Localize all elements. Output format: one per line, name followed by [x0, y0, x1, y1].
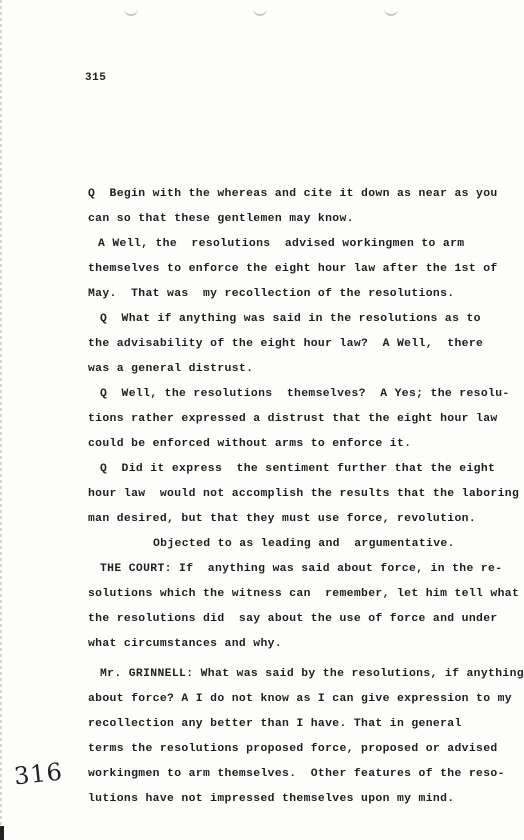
transcript-line: workingmen to arm themselves. Other feat… [88, 767, 505, 781]
transcript-line: tions rather expressed a distrust that t… [88, 412, 498, 426]
document-page: 315 Q Begin with the whereas and cite it… [0, 0, 524, 840]
transcript-line: what circumstances and why. [88, 637, 282, 651]
transcript-line: Q Begin with the whereas and cite it dow… [88, 187, 498, 201]
scan-edge [0, 0, 2, 840]
punch-hole-mark [253, 2, 267, 16]
transcript-line: was a general distrust. [88, 362, 253, 376]
transcript-line: Objected to as leading and argumentative… [153, 537, 455, 551]
transcript-line: man desired, but that they must use forc… [88, 512, 476, 526]
transcript-line: can so that these gentlemen may know. [88, 212, 354, 226]
transcript-line: the advisability of the eight hour law? … [88, 337, 483, 351]
scan-edge-mark [0, 826, 4, 840]
transcript-line: Q Did it express the sentiment further t… [100, 462, 495, 476]
transcript-line: THE COURT: If anything was said about fo… [100, 562, 502, 576]
transcript-line: hour law would not accomplish the result… [88, 487, 519, 501]
transcript-line: about force? A I do not know as I can gi… [88, 692, 512, 706]
transcript-line: terms the resolutions proposed force, pr… [88, 742, 498, 756]
transcript-line: themselves to enforce the eight hour law… [88, 262, 498, 276]
transcript-line: Mr. GRINNELL: What was said by the resol… [100, 667, 524, 681]
punch-hole-mark [384, 2, 398, 16]
transcript-line: recollection any better than I have. Tha… [88, 717, 462, 731]
transcript-line: A Well, the resolutions advised workingm… [98, 237, 464, 251]
punch-hole-mark [124, 2, 138, 16]
transcript-line: the resolutions did say about the use of… [88, 612, 498, 626]
margin-annotation: 316 [13, 758, 64, 791]
transcript-line: May. That was my recollection of the res… [88, 287, 454, 301]
transcript-line: could be enforced without arms to enforc… [88, 437, 411, 451]
transcript-line: Q What if anything was said in the resol… [100, 312, 481, 326]
transcript-line: Q Well, the resolutions themselves? A Ye… [100, 387, 510, 401]
transcript-line: lutions have not impressed themselves up… [88, 792, 454, 806]
transcript-line: solutions which the witness can remember… [88, 587, 519, 601]
page-number: 315 [85, 72, 106, 84]
